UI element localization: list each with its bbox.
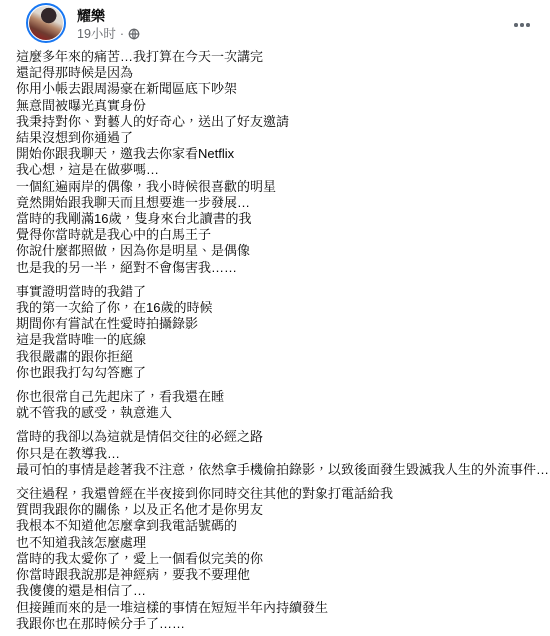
post-line: 當時的我卻以為這就是情侶交往的必經之路 — [16, 429, 536, 445]
ellipsis-dot — [514, 23, 518, 27]
post-line: 事實證明當時的我錯了 — [16, 284, 536, 300]
post-meta-row: 19小时 · — [77, 26, 140, 42]
user-name-link[interactable]: 耀樂 — [77, 7, 140, 25]
post-line: 就不管我的感受，執意進入 — [16, 405, 536, 421]
avatar[interactable] — [26, 3, 66, 43]
post-line: 我心想，這是在做夢嗎… — [16, 162, 536, 178]
post-line: 當時的我太愛你了，愛上一個看似完美的你 — [16, 551, 536, 567]
post-line: 最可怕的事情是趁著我不注意，依然拿手機偷拍錄影，以致後面發生毀滅我人生的外流事件… — [16, 462, 536, 478]
post-line: 當時的我剛滿16歲，隻身來台北讀書的我 — [16, 211, 536, 227]
post-line: 覺得你當時就是我心中的白馬王子 — [16, 227, 536, 243]
post-paragraph: 你也很常自己先起床了，看我還在睡就不管我的感受，執意進入 — [16, 389, 536, 421]
meta-separator: · — [120, 26, 124, 42]
post-line: 竟然開始跟我聊天而且想要進一步發展… — [16, 195, 536, 211]
post-line: 我跟你也在那時候分手了…… — [16, 616, 536, 632]
post-line: 開始你跟我聊天，邀我去你家看Netflix — [16, 146, 536, 162]
post-line: 交往過程，我還曾經在半夜接到你同時交往其他的對象打電話給我 — [16, 486, 536, 502]
post-line: 還記得那時候是因為 — [16, 65, 536, 81]
post-line: 你也跟我打勾勾答應了 — [16, 365, 536, 381]
post-line: 我根本不知道他怎麼拿到我電話號碼的 — [16, 518, 536, 534]
post-line: 結果沒想到你通過了 — [16, 130, 536, 146]
post-line: 這是我當時唯一的底線 — [16, 332, 536, 348]
post-line: 你用小帳去跟周湯豪在新聞區底下吵架 — [16, 81, 536, 97]
post-header: 耀樂 19小时 · — [0, 0, 550, 45]
post-line: 也不知道我該怎麼處理 — [16, 535, 536, 551]
post-line: 一個紅遍兩岸的偶像，我小時候很喜歡的明星 — [16, 179, 536, 195]
post-text: 這麼多年來的痛苦…我打算在今天一次講完還記得那時候是因為你用小帳去跟周湯豪在新聞… — [0, 45, 550, 632]
post-paragraph: 這麼多年來的痛苦…我打算在今天一次講完還記得那時候是因為你用小帳去跟周湯豪在新聞… — [16, 49, 536, 276]
post-timestamp[interactable]: 19小时 — [77, 26, 116, 42]
avatar-photo — [29, 6, 63, 40]
post-line: 你說什麼都照做，因為你是明星、是偶像 — [16, 243, 536, 259]
post-paragraph: 事實證明當時的我錯了我的第一次給了你，在16歲的時候期間你有嘗試在性愛時拍攝錄影… — [16, 284, 536, 381]
post-line: 我的第一次給了你，在16歲的時候 — [16, 300, 536, 316]
post-line: 無意間被曝光真實身份 — [16, 98, 536, 114]
facebook-post-card: 耀樂 19小时 · 這麼多年來的痛苦…我打算在今天一次講完還記得那時候是 — [0, 0, 550, 636]
post-line: 這麼多年來的痛苦…我打算在今天一次講完 — [16, 49, 536, 65]
post-line: 我傻傻的還是相信了… — [16, 583, 536, 599]
post-line: 我很嚴肅的跟你拒絕 — [16, 349, 536, 365]
post-options-button[interactable] — [508, 14, 536, 36]
globe-public-icon — [128, 28, 140, 40]
post-line: 我秉持對你、對藝人的好奇心，送出了好友邀請 — [16, 114, 536, 130]
post-line: 期間你有嘗試在性愛時拍攝錄影 — [16, 316, 536, 332]
post-line: 你也很常自己先起床了，看我還在睡 — [16, 389, 536, 405]
ellipsis-dot — [526, 23, 530, 27]
post-line: 你只是在教導我… — [16, 446, 536, 462]
post-line: 你當時跟我說那是神經病，要我不要理他 — [16, 567, 536, 583]
post-line: 但接踵而來的是一堆這樣的事情在短短半年內持續發生 — [16, 600, 536, 616]
post-line: 質問我跟你的關係，以及正名他才是你男友 — [16, 502, 536, 518]
post-paragraph: 交往過程，我還曾經在半夜接到你同時交往其他的對象打電話給我質問我跟你的關係，以及… — [16, 486, 536, 632]
post-paragraph: 當時的我卻以為這就是情侶交往的必經之路你只是在教導我…最可怕的事情是趁著我不注意… — [16, 429, 536, 478]
ellipsis-dot — [520, 23, 524, 27]
post-line: 也是我的另一半，絕對不會傷害我…… — [16, 260, 536, 276]
post-header-meta: 耀樂 19小时 · — [77, 3, 140, 42]
